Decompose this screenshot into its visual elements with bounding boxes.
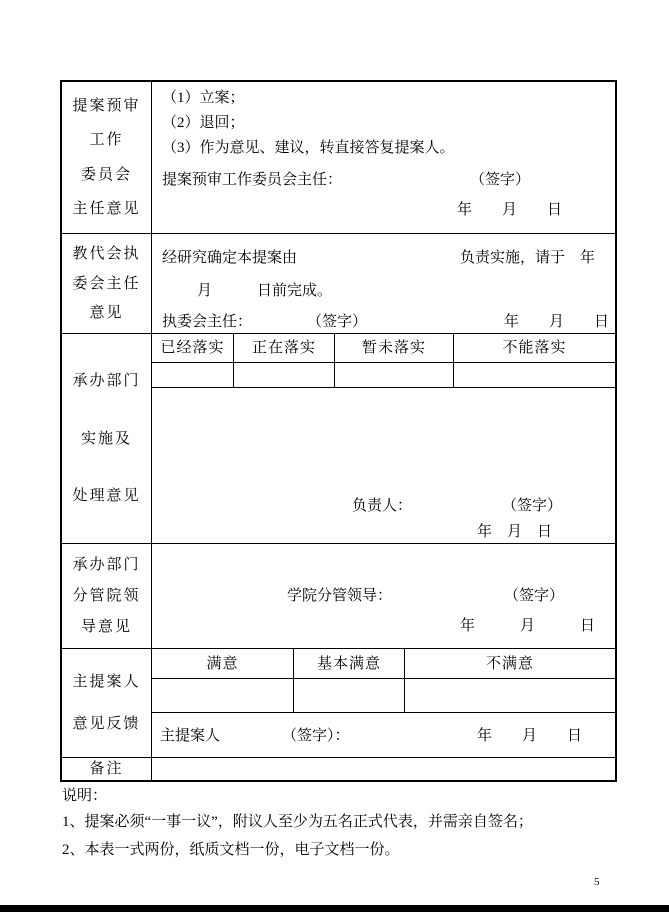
row-label-executive-committee: 教代会执 委会主任 意见: [62, 234, 152, 333]
note-item-2: 2、本表一式两份，纸质文档一份，电子文档一份。: [62, 840, 400, 860]
supervising-leader-content: 学院分管领导： （签字） 年 月 日: [152, 544, 615, 648]
implementation-text-end: 月 日前完成。: [197, 281, 332, 301]
date-line: 年 月 日: [477, 522, 552, 542]
status-subtable: 已经落实 正在落实 暂未落实 不能落实: [152, 334, 615, 388]
row-label-line: 导意见: [81, 617, 132, 637]
row-remarks: 备注: [62, 758, 615, 780]
implementation-text-start: 经研究确定本提案由: [162, 248, 297, 268]
note-item-1: 1、提案必须“一事一议”，附议人至少为五名正式代表，并需亲自签名；: [62, 812, 533, 832]
page-number: 5: [594, 876, 600, 888]
row-label-line: 承办部门: [72, 555, 140, 575]
status-header-cannot: 不能落实: [454, 334, 615, 363]
row-label-line: 工作: [89, 130, 123, 150]
status-value-cell: [335, 363, 454, 388]
date-line: 年 月 日: [504, 312, 609, 332]
document-page: 提案预审 工作 委员会 主任意见 （1）立案； （2）退回； （3）作为意见、建…: [0, 0, 669, 912]
row-preliminary-review-committee: 提案预审 工作 委员会 主任意见 （1）立案； （2）退回； （3）作为意见、建…: [62, 82, 615, 234]
row-label-line: 主任意见: [72, 199, 140, 219]
row-label-line: 分管院领: [72, 586, 140, 606]
proposal-review-form-table: 提案预审 工作 委员会 主任意见 （1）立案； （2）退回； （3）作为意见、建…: [60, 80, 617, 782]
notes-title: 说明：: [62, 786, 107, 806]
proposer-feedback-content: 满意 基本满意 不满意 主提案人 （签字）： 年 月 日: [152, 649, 615, 757]
row-label-handling-department: 承办部门 实施及 处理意见: [62, 334, 152, 543]
row-label-proposer-feedback: 主提案人 意见反馈: [62, 649, 152, 757]
handling-department-content: 已经落实 正在落实 暂未落实 不能落实 负责人： （签字） 年 月 日: [152, 334, 615, 543]
row-supervising-leader-opinion: 承办部门 分管院领 导意见 学院分管领导： （签字） 年 月 日: [62, 544, 615, 649]
row-label-line: 委员会: [81, 165, 132, 185]
row-label-supervising-leader: 承办部门 分管院领 导意见: [62, 544, 152, 648]
signature-hint: （签字）: [307, 312, 367, 332]
status-header-in-progress: 正在落实: [234, 334, 335, 363]
executive-director-sign-title: 执委会主任：: [162, 312, 252, 332]
implementation-text-mid: 负责实施，请于 年: [460, 248, 595, 268]
feedback-header-satisfied: 满意: [152, 649, 294, 679]
row-label-line: 承办部门: [72, 371, 140, 391]
row-label-line: 意见: [89, 303, 123, 323]
status-value-cell: [454, 363, 615, 388]
review-options-list: （1）立案； （2）退回； （3）作为意见、建议，转直接答复提案人。: [152, 82, 615, 163]
row-label-remarks: 备注: [62, 758, 152, 780]
signature-hint: （签字）: [504, 586, 564, 606]
preliminary-review-content: （1）立案； （2）退回； （3）作为意见、建议，转直接答复提案人。 提案预审工…: [152, 82, 615, 233]
date-line: 年 月 日: [457, 200, 562, 220]
remarks-content: [152, 758, 615, 780]
row-label-line: 委会主任: [72, 274, 140, 294]
main-proposer-sign-title: 主提案人: [160, 726, 220, 746]
feedback-subtable: 满意 基本满意 不满意: [152, 649, 615, 713]
college-leader-sign-title: 学院分管领导：: [287, 586, 392, 606]
status-header-not-yet: 暂未落实: [335, 334, 454, 363]
signature-hint: （签字）: [502, 496, 562, 516]
row-label-line: 处理意见: [72, 486, 140, 506]
row-label-line: 主提案人: [72, 672, 140, 692]
row-handling-department-opinion: 承办部门 实施及 处理意见 已经落实 正在落实 暂未落实 不能落实 负责人： （…: [62, 334, 615, 544]
row-label-line: 实施及: [81, 429, 132, 449]
status-value-cell: [152, 363, 234, 388]
feedback-value-cell: [405, 679, 615, 713]
page-bottom-edge: [0, 905, 669, 912]
executive-committee-content: 经研究确定本提案由 负责实施，请于 年 月 日前完成。 执委会主任： （签字） …: [152, 234, 615, 333]
signature-hint: （签字）: [470, 170, 530, 190]
row-label-line: 提案预审: [72, 96, 140, 116]
feedback-header-basically-satisfied: 基本满意: [294, 649, 405, 679]
row-label-line: 教代会执: [72, 244, 140, 264]
status-header-implemented: 已经落实: [152, 334, 234, 363]
feedback-header-unsatisfied: 不满意: [405, 649, 615, 679]
row-label-line: 意见反馈: [72, 714, 140, 734]
status-value-cell: [234, 363, 335, 388]
row-executive-committee-director: 教代会执 委会主任 意见 经研究确定本提案由 负责实施，请于 年 月 日前完成。…: [62, 234, 615, 334]
review-option-forward: （3）作为意见、建议，转直接答复提案人。: [162, 138, 615, 163]
row-label-line: 备注: [89, 759, 123, 779]
row-proposer-feedback: 主提案人 意见反馈 满意 基本满意 不满意 主提案人 （签字）： 年 月 日: [62, 649, 615, 758]
responsible-person-sign-title: 负责人：: [352, 496, 412, 516]
committee-director-sign-title: 提案预审工作委员会主任：: [162, 170, 342, 190]
review-option-file: （1）立案；: [162, 88, 615, 113]
feedback-value-cell: [294, 679, 405, 713]
date-line: 年 月 日: [477, 726, 582, 746]
feedback-value-cell: [152, 679, 294, 713]
date-line: 年 月 日: [460, 616, 595, 636]
signature-hint: （签字）：: [282, 726, 350, 746]
review-option-return: （2）退回；: [162, 113, 615, 138]
row-label-preliminary-review-committee: 提案预审 工作 委员会 主任意见: [62, 82, 152, 233]
